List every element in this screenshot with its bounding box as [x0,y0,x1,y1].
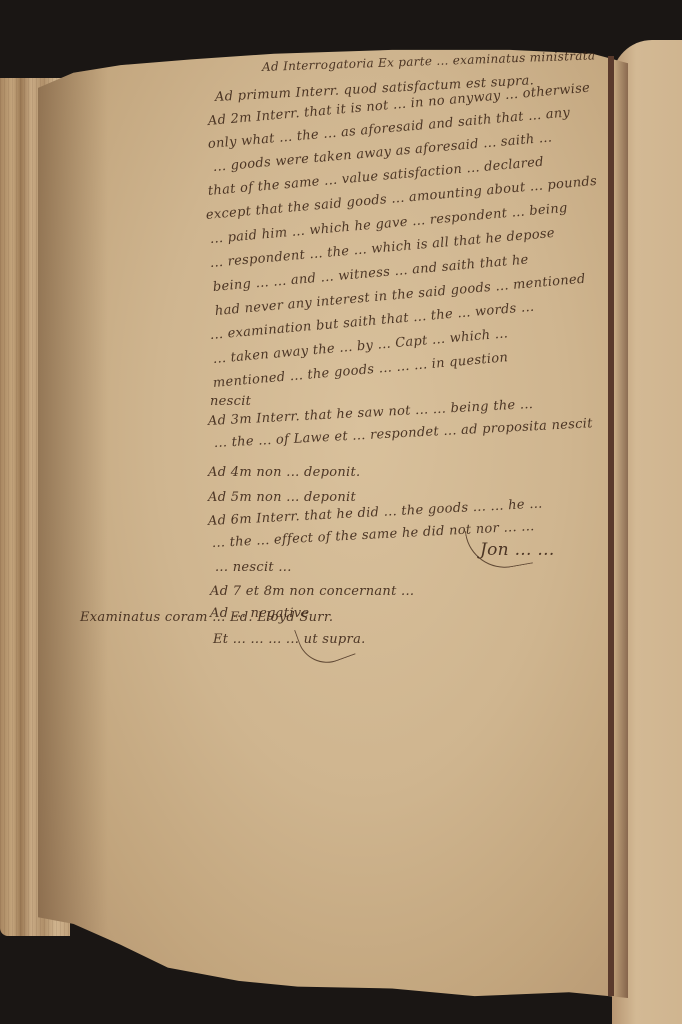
notary-line: Examinatus coram ... Ed. Lloyd Surr. [80,610,333,625]
text-line: ... nescit ... [215,560,292,575]
signature-flourish [465,520,534,574]
heading-line: Ad Interrogatoria Ex parte ... examinatu… [262,48,596,74]
text-line: Ad 4m non ... deponit. [208,465,360,480]
text-line: nescit [210,394,251,409]
manuscript-scene: Ad Interrogatoria Ex parte ... examinatu… [0,0,682,1024]
handwritten-text: Ad Interrogatoria Ex parte ... examinatu… [0,0,682,1024]
text-line: Ad 7 et 8m non concernant ... [210,584,414,599]
text-line: Ad 5m non ... deponit [208,490,356,505]
